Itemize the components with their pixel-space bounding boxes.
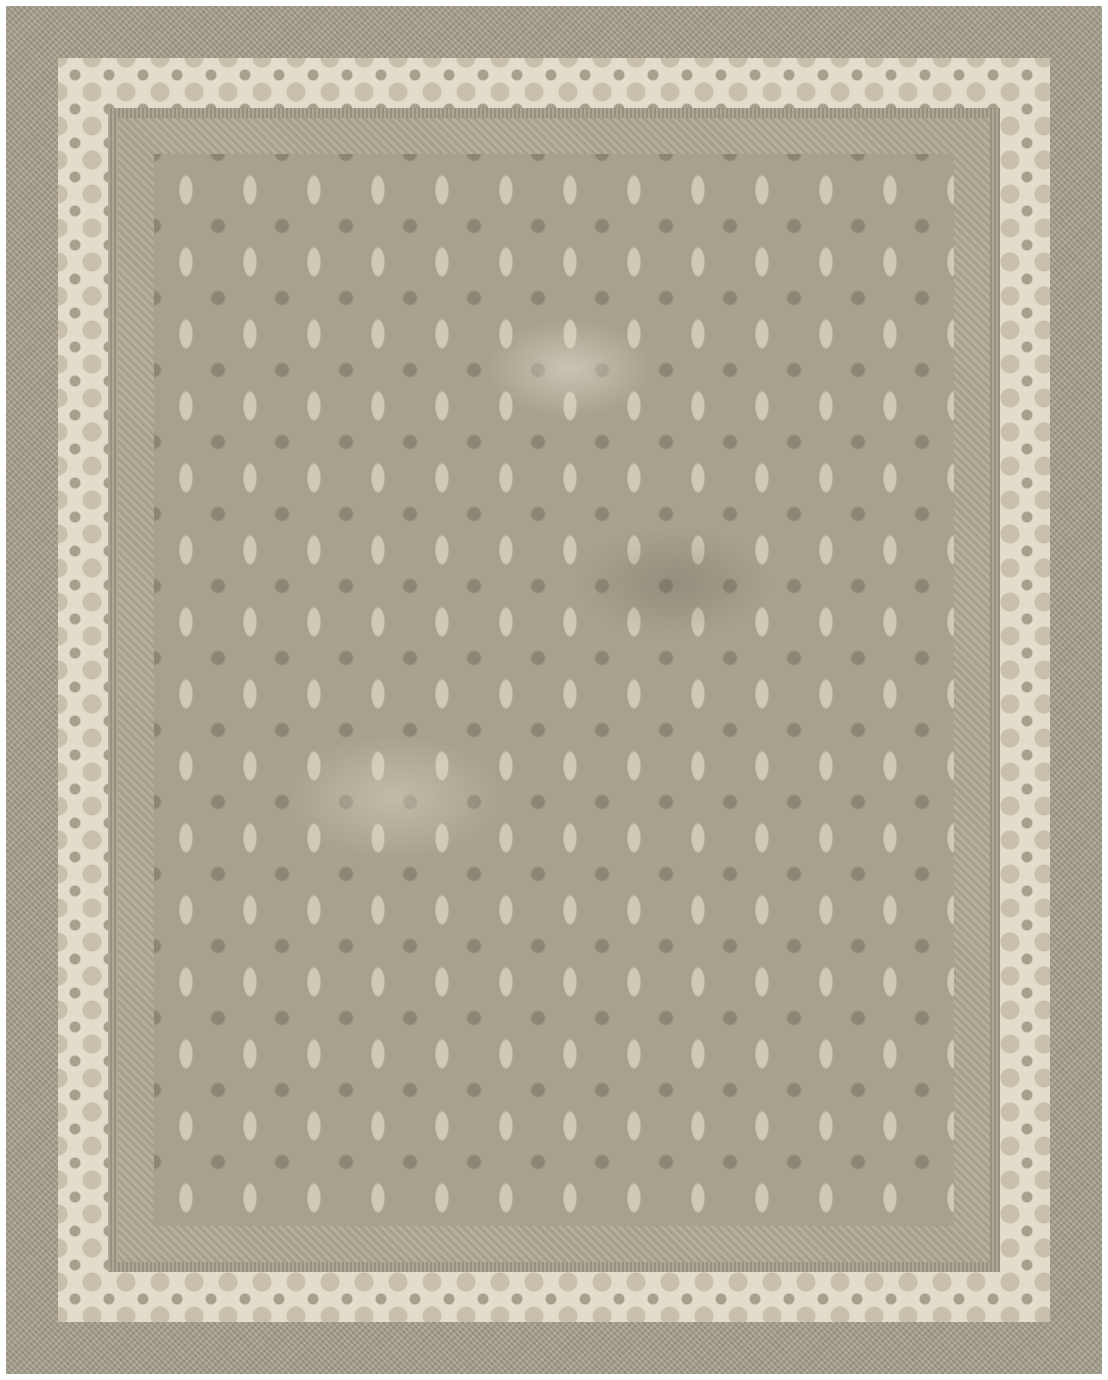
rug-field (154, 154, 954, 1226)
rug: Vintage-style distressed area rug, top-d… (6, 6, 1102, 1374)
